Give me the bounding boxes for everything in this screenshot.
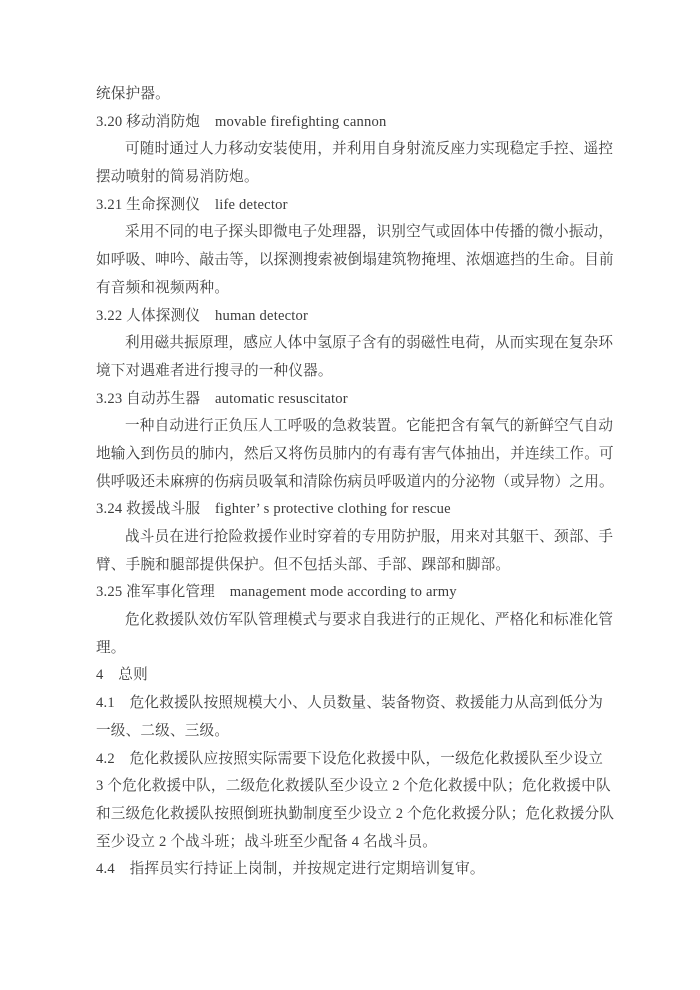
paragraph-line: 和三级危化救援队按照倒班执勤制度至少设立 2 个危化救援分队；危化救援分队 xyxy=(96,801,608,829)
paragraph-line: 理。 xyxy=(96,635,608,663)
paragraph-continuation-line: 统保护器。 xyxy=(96,81,608,109)
paragraph-line: 3 个危化救援中队，二级危化救援队至少设立 2 个危化救援中队；危化救援中队 xyxy=(96,773,608,801)
paragraph-line: 利用磁共振原理，感应人体中氢原子含有的弱磁性电荷，从而实现在复杂环 xyxy=(96,330,608,358)
paragraph-line: 一种自动进行正负压人工呼吸的急救装置。它能把含有氧气的新鲜空气自动 xyxy=(96,413,608,441)
clause-line: 4.4 指挥员实行持证上岗制，并按规定进行定期培训复审。 xyxy=(96,856,608,884)
paragraph-line: 采用不同的电子探头即微电子处理器，识别空气或固体中传播的微小振动， xyxy=(96,219,608,247)
term-definition-heading: 3.21 生命探测仪 life detector xyxy=(96,192,608,220)
term-definition-heading: 3.24 救援战斗服 fighter’ s protective clothin… xyxy=(96,496,608,524)
paragraph-line: 可随时通过人力移动安装使用，并利用自身射流反座力实现稳定手控、遥控 xyxy=(96,136,608,164)
paragraph-line: 如呼吸、呻吟、敲击等，以探测搜索被倒塌建筑物掩埋、浓烟遮挡的生命。目前 xyxy=(96,247,608,275)
clause-line: 4.2 危化救援队应按照实际需要下设危化救援中队，一级危化救援队至少设立 xyxy=(96,746,608,774)
paragraph-line: 境下对遇难者进行搜寻的一种仪器。 xyxy=(96,358,608,386)
paragraph-line: 摆动喷射的简易消防炮。 xyxy=(96,164,608,192)
paragraph-line: 有音频和视频两种。 xyxy=(96,275,608,303)
paragraph-line: 供呼吸还未麻痹的伤病员吸氧和清除伤病员呼吸道内的分泌物（或异物）之用。 xyxy=(96,469,608,497)
term-definition-heading: 3.20 移动消防炮 movable firefighting cannon xyxy=(96,109,608,137)
document-content: 统保护器。3.20 移动消防炮 movable firefighting can… xyxy=(96,81,608,884)
clause-line: 4.1 危化救援队按照规模大小、人员数量、装备物资、救援能力从高到低分为 xyxy=(96,690,608,718)
term-definition-heading: 3.25 准军事化管理 management mode according to… xyxy=(96,579,608,607)
term-definition-heading: 3.23 自动苏生器 automatic resuscitator xyxy=(96,386,608,414)
paragraph-line: 至少设立 2 个战斗班；战斗班至少配备 4 名战斗员。 xyxy=(96,829,608,857)
term-definition-heading: 3.22 人体探测仪 human detector xyxy=(96,303,608,331)
section-heading: 4 总则 xyxy=(96,662,608,690)
paragraph-line: 地输入到伤员的肺内，然后又将伤员肺内的有毒有害气体抽出，并连续工作。可 xyxy=(96,441,608,469)
paragraph-line: 战斗员在进行抢险救援作业时穿着的专用防护服，用来对其躯干、颈部、手 xyxy=(96,524,608,552)
paragraph-line: 一级、二级、三级。 xyxy=(96,718,608,746)
paragraph-line: 臂、手腕和腿部提供保护。但不包括头部、手部、踝部和脚部。 xyxy=(96,552,608,580)
paragraph-line: 危化救援队效仿军队管理模式与要求自我进行的正规化、严格化和标准化管 xyxy=(96,607,608,635)
document-page: 统保护器。3.20 移动消防炮 movable firefighting can… xyxy=(0,0,700,990)
